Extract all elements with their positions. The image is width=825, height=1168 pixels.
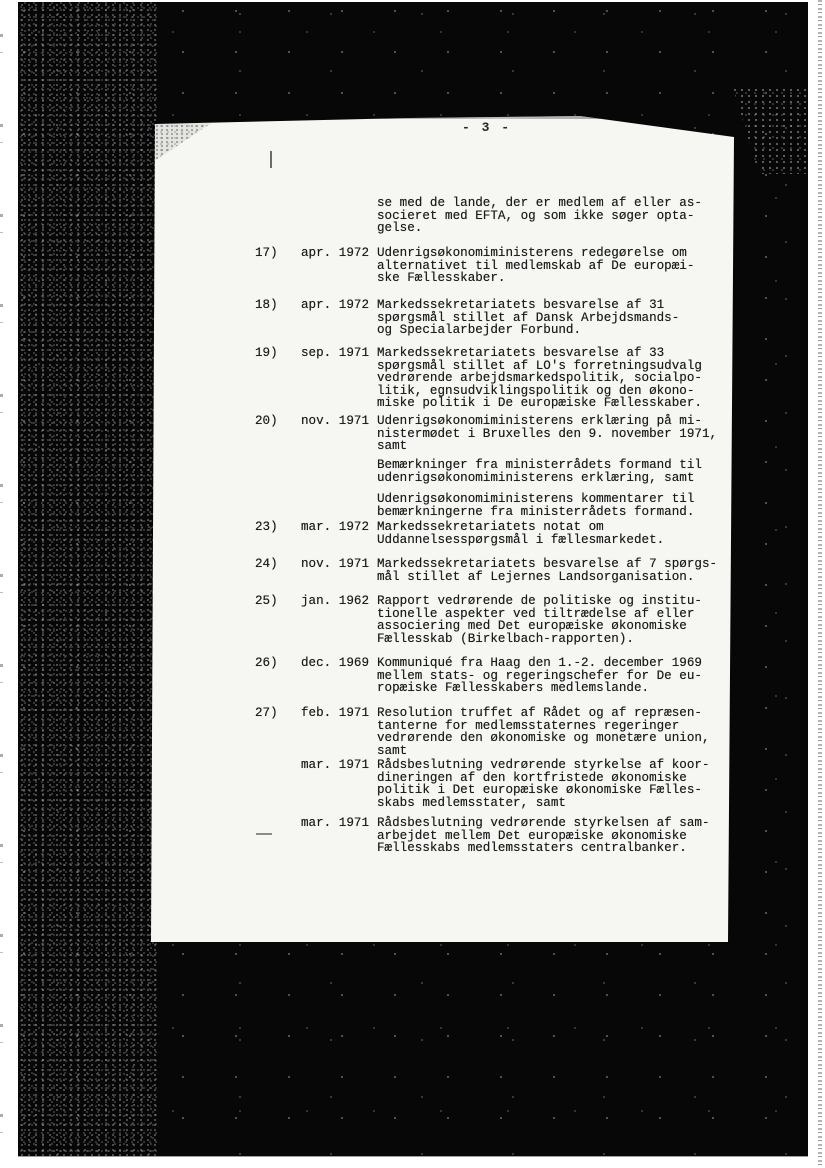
- stray-mark: [270, 151, 272, 168]
- scan-edge-marks-left: [0, 0, 3, 1168]
- entry-text: Rådsbeslutning vedrørende styrkelsen af …: [377, 817, 731, 855]
- entry-text: Resolution truffet af Rådet og af repræs…: [377, 707, 731, 757]
- entry-date: nov. 1971: [301, 558, 381, 571]
- entry-date: nov. 1971: [301, 415, 381, 428]
- entry-date: mar. 1971: [301, 759, 381, 772]
- scan-noise-band-left: [20, 2, 158, 1156]
- entry-number: 17): [255, 247, 297, 260]
- entry-text: Udenrigsøkonomiministerens erklæring på …: [377, 415, 731, 453]
- entry-text: Markedssekretariatets besvarelse af 33 s…: [377, 347, 731, 410]
- margin-mark: [256, 833, 272, 835]
- entry-number: 27): [255, 707, 297, 720]
- entry-text: Rådsbeslutning vedrørende styrkelse af k…: [377, 759, 731, 809]
- entry-text: Udenrigsøkonomiministerens redegørelse o…: [377, 247, 731, 285]
- entry-text: Rapport vedrørende de politiske og insti…: [377, 595, 731, 645]
- entry-number: 18): [255, 299, 297, 312]
- entry-text: Markedssekretariatets besvarelse af 7 sp…: [377, 558, 731, 583]
- entry-date: sep. 1971: [301, 347, 381, 360]
- entry-text: Markedssekretariatets besvarelse af 31 s…: [377, 299, 731, 337]
- scan-edge-marks-right: [818, 0, 822, 1168]
- entry-date: apr. 1972: [301, 247, 381, 260]
- entry-number: 23): [255, 521, 297, 534]
- entry-date: mar. 1971: [301, 817, 381, 830]
- entry-date: jan. 1962: [301, 595, 381, 608]
- entry-number: 26): [255, 657, 297, 670]
- entry-text: Markedssekretariatets notat om Uddannels…: [377, 521, 731, 546]
- entry-number: 20): [255, 415, 297, 428]
- page-number: - 3 -: [462, 120, 511, 135]
- entry-text: Udenrigsøkonomiministerens kommentarer t…: [377, 493, 731, 518]
- entry-date: dec. 1969: [301, 657, 381, 670]
- document-page: - 3 - se med de lande, der er medlem af …: [150, 116, 735, 943]
- entry-number: 25): [255, 595, 297, 608]
- entry-number: 24): [255, 558, 297, 571]
- entry-date: feb. 1971: [301, 707, 381, 720]
- entry-number: 19): [255, 347, 297, 360]
- entry-text: Kommuniqué fra Haag den 1.-2. december 1…: [377, 657, 731, 695]
- scanned-page-view: - 3 - se med de lande, der er medlem af …: [0, 0, 825, 1168]
- entry-date: apr. 1972: [301, 299, 381, 312]
- entry-date: mar. 1972: [301, 521, 381, 534]
- paragraph-text: se med de lande, der er medlem af eller …: [377, 197, 731, 235]
- entry-text: Bemærkninger fra ministerrådets formand …: [377, 459, 731, 484]
